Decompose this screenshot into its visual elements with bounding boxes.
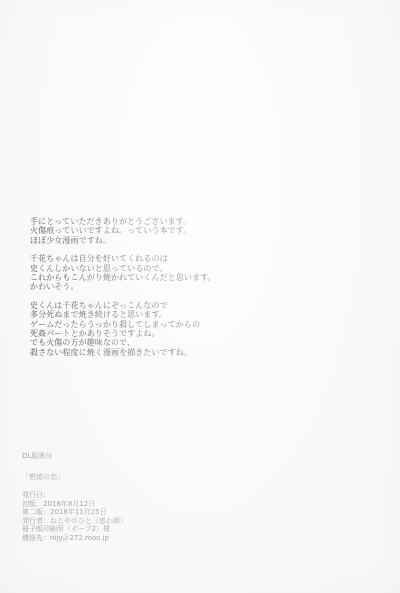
colophon-line: 連絡先：nijy＠272.moo.jp [22, 534, 352, 543]
text-line: ほぼ少女漫画ですね。 [30, 236, 360, 245]
doujin-afterword-page: 手にとっていただきありがとうございます。火傷痕っていいですよね。っていう本です。… [0, 0, 400, 593]
text-line: ゲームだったらうっかり殺してしまってからの [30, 320, 360, 329]
colophon-line: 第二版：2018年11月25日 [22, 508, 352, 517]
text-line: でも火傷の方が趣味なので、 [30, 338, 360, 347]
text-line: 殺さない程度に焼く漫画を描きたいですね。 [30, 348, 360, 357]
text-line: 史くんしかいないと思っているので、 [30, 264, 360, 273]
colophon-line: 初版：2018年8月12日 [22, 500, 352, 509]
colophon: DL版奥付 「燃焼の恋」 発行日：初版：2018年8月12日第二版：2018年1… [22, 452, 352, 542]
afterword-paragraph: 手にとっていただきありがとうございます。火傷痕っていいですよね。っていう本です。… [30, 217, 360, 245]
afterword-text: 手にとっていただきありがとうございます。火傷痕っていいですよね。っていう本です。… [30, 217, 360, 366]
colophon-line: 発行者：ねじやのひと（惑わ師） [22, 517, 352, 526]
text-line: 千花ちゃんは自分を好いてくれるのは [30, 254, 360, 263]
text-line: かわいそう。 [30, 282, 360, 291]
colophon-line: 発行日： [22, 491, 352, 500]
text-line: 多分死ぬまで焼き続けると思います。 [30, 310, 360, 319]
afterword-paragraph: 史くんは千花ちゃんにぞっこんなので多分死ぬまで焼き続けると思います。ゲームだった… [30, 301, 360, 357]
text-line: 手にとっていただきありがとうございます。 [30, 217, 360, 226]
text-line: 史くんは千花ちゃんにぞっこんなので [30, 301, 360, 310]
colophon-lines: 発行日：初版：2018年8月12日第二版：2018年11月25日発行者：ねじやの… [22, 491, 352, 542]
book-title: 「燃焼の恋」 [22, 473, 352, 482]
afterword-paragraph: 千花ちゃんは自分を好いてくれるのは史くんしかいないと思っているので、これからもこ… [30, 254, 360, 292]
text-line: これからもこんがり焼かれていくんだと思います。 [30, 273, 360, 282]
text-line: 火傷痕っていいですよね。っていう本です。 [30, 226, 360, 235]
colophon-line: 冊子版印刷所（ポーブ2）様 [22, 525, 352, 534]
colophon-section-label: DL版奥付 [22, 452, 352, 461]
